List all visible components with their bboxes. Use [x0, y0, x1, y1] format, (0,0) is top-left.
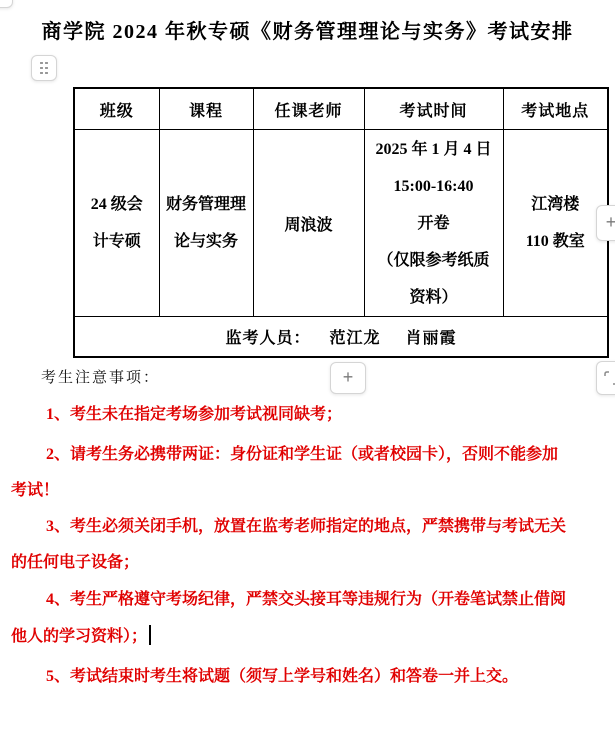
invigilator-name: 肖丽霞 [406, 330, 457, 347]
location-line: 110 教室 [504, 223, 608, 260]
notes-heading[interactable]: 考生注意事项： [41, 366, 160, 387]
notice-item-3-line-1[interactable]: 3、考生必须关闭手机，放置在监考老师指定的地点，严禁携带与考试无关 [46, 516, 566, 537]
location-line: 江湾楼 [504, 186, 608, 223]
notice-item-2-line-2[interactable]: 考试！ [11, 480, 59, 501]
cell-invigilators[interactable]: 监考人员： 范江龙 肖丽霞 [74, 317, 608, 358]
time-line: 开卷 [365, 205, 503, 242]
notice-item-4-line-2[interactable]: 他人的学习资料）； [11, 625, 151, 647]
document-title[interactable]: 商学院 2024 年秋专硕《财务管理理论与实务》考试安排 [0, 15, 615, 44]
table-data-row: 24 级会 计专硕 财务管理理 论与实务 周浪波 2025 年 1 月 4 日 … [74, 130, 608, 317]
cell-location[interactable]: 江湾楼 110 教室 [503, 130, 608, 317]
notice-item-4-line-1[interactable]: 4、考生严格遵守考场纪律，严禁交头接耳等违规行为（开卷笔试禁止借阅 [46, 589, 566, 610]
header-cell-location[interactable]: 考试地点 [503, 88, 608, 130]
time-line: （仅限参考纸质 [365, 242, 503, 279]
notice-item-3-line-2[interactable]: 的任何电子设备； [11, 552, 139, 573]
drag-handle-icon [40, 62, 48, 75]
header-cell-course[interactable]: 课程 [159, 88, 253, 130]
class-line: 24 级会 [75, 186, 159, 223]
partial-floating-button[interactable] [0, 0, 13, 8]
header-cell-time[interactable]: 考试时间 [364, 88, 503, 130]
notice-item-5[interactable]: 5、考试结束时考生将试题（须写上学号和姓名）和答卷一并上交。 [46, 666, 518, 687]
add-column-button[interactable]: + [596, 205, 615, 241]
time-line: 15:00-16:40 [365, 168, 503, 205]
cell-class[interactable]: 24 级会 计专硕 [74, 130, 159, 317]
header-cell-teacher[interactable]: 任课老师 [253, 88, 364, 130]
document-page: 商学院 2024 年秋专硕《财务管理理论与实务》考试安排 班级 课程 任课老师 … [0, 0, 615, 732]
plus-icon: + [606, 213, 615, 231]
notice-text: 他人的学习资料）； [11, 628, 147, 645]
exam-schedule-table: 班级 课程 任课老师 考试时间 考试地点 24 级会 计专硕 财务管理理 论与实… [73, 87, 609, 358]
corner-expand-icon [604, 371, 615, 385]
plus-icon: + [343, 368, 354, 386]
text-cursor [149, 625, 151, 645]
class-line: 计专硕 [75, 223, 159, 260]
expand-selection-button[interactable] [596, 361, 615, 395]
table-header-row: 班级 课程 任课老师 考试时间 考试地点 [74, 88, 608, 130]
course-line: 论与实务 [160, 223, 253, 260]
time-line: 资料） [365, 279, 503, 316]
invigilator-label: 监考人员： [225, 330, 310, 347]
notice-item-2-line-1[interactable]: 2、请考生务必携带两证：身份证和学生证（或者校园卡），否则不能参加 [46, 444, 558, 465]
course-line: 财务管理理 [160, 186, 253, 223]
header-cell-class[interactable]: 班级 [74, 88, 159, 130]
notice-item-1[interactable]: 1、考生未在指定考场参加考试视同缺考； [46, 404, 342, 425]
table-footer-row: 监考人员： 范江龙 肖丽霞 [74, 317, 608, 358]
cell-teacher[interactable]: 周浪波 [253, 130, 364, 317]
table-drag-handle-button[interactable] [31, 55, 57, 81]
time-line: 2025 年 1 月 4 日 [365, 131, 503, 168]
invigilator-name: 范江龙 [329, 330, 380, 347]
cell-course[interactable]: 财务管理理 论与实务 [159, 130, 253, 317]
cell-time[interactable]: 2025 年 1 月 4 日 15:00-16:40 开卷 （仅限参考纸质 资料… [364, 130, 503, 317]
insert-paragraph-button[interactable]: + [330, 362, 366, 394]
